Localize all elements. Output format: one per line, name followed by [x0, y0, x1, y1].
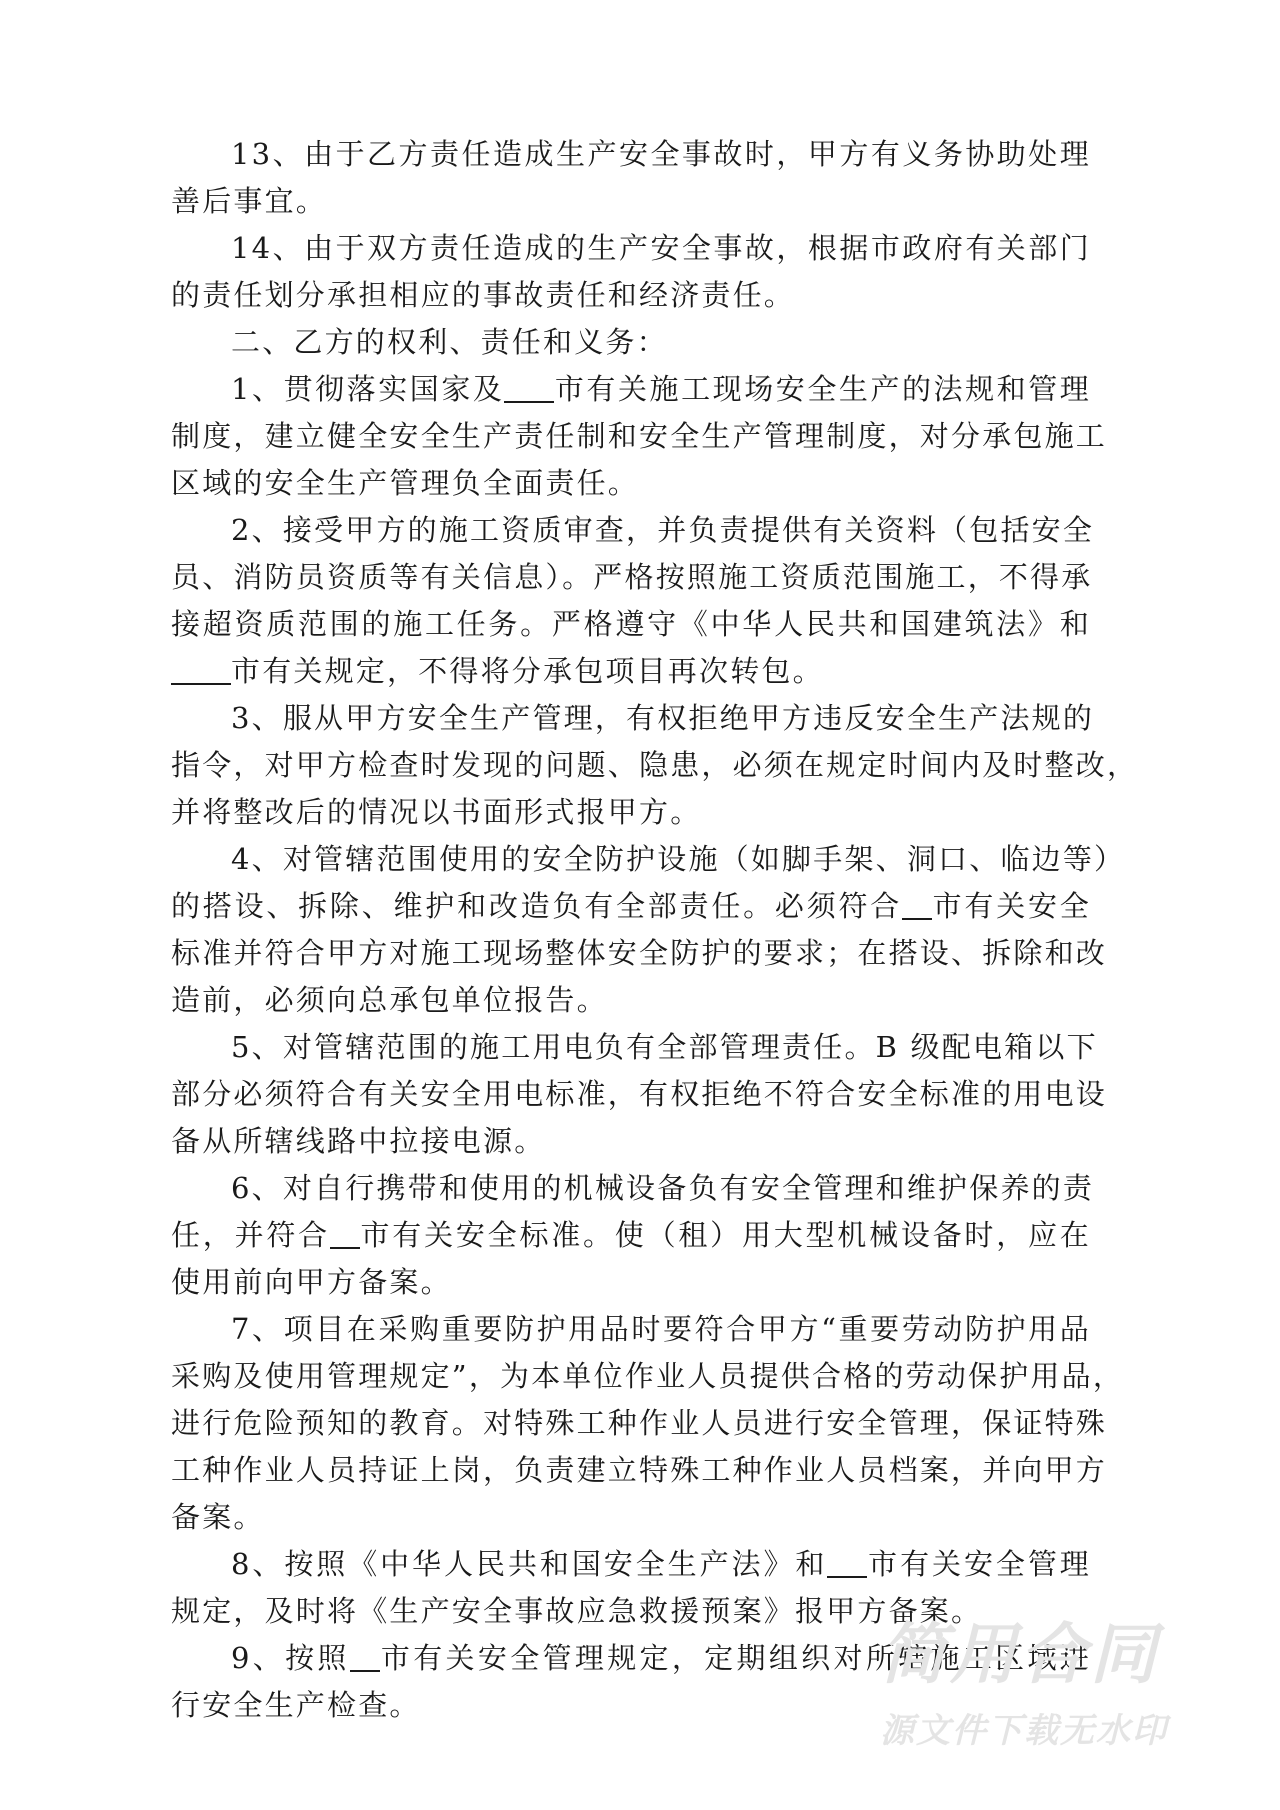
text-line: 指令，对甲方检查时发现的问题、隐患，必须在规定时间内及时整改，: [171, 742, 1091, 789]
line-text: 工种作业人员持证上岗，负责建立特殊工种作业人员档案，并向甲方: [171, 1453, 1107, 1487]
line-text: 行安全生产检查。: [171, 1688, 421, 1722]
line-text-after-blank: 市有关施工现场安全生产的法规和管理: [554, 372, 1091, 406]
text-line: 6、对自行携带和使用的机械设备负有安全管理和维护保养的责: [171, 1165, 1091, 1212]
text-line: 接超资质范围的施工任务。严格遵守《中华人民共和国建筑法》和: [171, 601, 1091, 648]
line-text: 部分必须符合有关安全用电标准，有权拒绝不符合安全标准的用电设: [171, 1077, 1107, 1111]
line-text: 4、对管辖范围使用的安全防护设施（如脚手架、洞口、临边等）: [231, 842, 1125, 876]
text-line: 员、消防员资质等有关信息）。严格按照施工资质范围施工，不得承: [171, 554, 1091, 601]
line-text: 规定，及时将《生产安全事故应急救援预案》报甲方备案。: [171, 1594, 982, 1628]
text-line: 使用前向甲方备案。: [171, 1259, 1091, 1306]
text-line: 4、对管辖范围使用的安全防护设施（如脚手架、洞口、临边等）: [171, 836, 1091, 883]
line-text: 并将整改后的情况以书面形式报甲方。: [171, 795, 701, 829]
line-text: 7、项目在采购重要防护用品时要符合甲方“重要劳动防护用品: [231, 1312, 1091, 1346]
text-line: 市有关规定，不得将分承包项目再次转包。: [171, 648, 1091, 695]
fill-in-blank: [330, 1217, 360, 1249]
text-line: 造前，必须向总承包单位报告。: [171, 977, 1091, 1024]
line-text: 善后事宜。: [171, 184, 327, 218]
text-line: 部分必须符合有关安全用电标准，有权拒绝不符合安全标准的用电设: [171, 1071, 1091, 1118]
line-text-before-blank: 的搭设、拆除、维护和改造负有全部责任。必须符合: [171, 889, 902, 923]
line-text: 制度，建立健全安全生产责任制和安全生产管理制度，对分承包施工: [171, 419, 1107, 453]
text-line: 8、按照《中华人民共和国安全生产法》和市有关安全管理: [171, 1541, 1091, 1588]
line-text: 接超资质范围的施工任务。严格遵守《中华人民共和国建筑法》和: [171, 607, 1091, 641]
text-line: 3、服从甲方安全生产管理，有权拒绝甲方违反安全生产法规的: [171, 695, 1091, 742]
line-text: 的责任划分承担相应的事故责任和经济责任。: [171, 278, 795, 312]
watermark-brand: 简用合同: [880, 1615, 1280, 1695]
watermark: 简用合同 源文件下载无水印: [880, 1615, 1280, 1761]
line-text-after-blank: 市有关安全标准。使（租）用大型机械设备时，应在: [360, 1218, 1091, 1252]
fill-in-blank: [350, 1640, 380, 1672]
line-text-before-blank: 8、按照《中华人民共和国安全生产法》和: [231, 1547, 827, 1581]
text-line: 备从所辖线路中拉接电源。: [171, 1118, 1091, 1165]
text-line: 任，并符合市有关安全标准。使（租）用大型机械设备时，应在: [171, 1212, 1091, 1259]
fill-in-blank: [504, 371, 554, 403]
text-line: 7、项目在采购重要防护用品时要符合甲方“重要劳动防护用品: [171, 1306, 1091, 1353]
line-text: 区域的安全生产管理负全面责任。: [171, 466, 639, 500]
line-text: 5、对管辖范围的施工用电负有全部管理责任。B 级配电箱以下: [231, 1030, 1098, 1064]
line-text-after-blank: 市有关安全管理: [867, 1547, 1091, 1581]
line-text: 造前，必须向总承包单位报告。: [171, 983, 608, 1017]
line-text: 员、消防员资质等有关信息）。严格按照施工资质范围施工，不得承: [171, 560, 1093, 594]
text-line: 14、由于双方责任造成的生产安全事故，根据市政府有关部门: [171, 225, 1091, 272]
line-text: 使用前向甲方备案。: [171, 1265, 452, 1299]
line-text: 进行危险预知的教育。对特殊工种作业人员进行安全管理，保证特殊: [171, 1406, 1107, 1440]
watermark-caption: 源文件下载无水印: [880, 1701, 1280, 1761]
fill-in-blank: [827, 1546, 867, 1578]
line-text: 13、由于乙方责任造成生产安全事故时，甲方有义务协助处理: [231, 137, 1091, 171]
text-line: 的责任划分承担相应的事故责任和经济责任。: [171, 272, 1091, 319]
line-text: 指令，对甲方检查时发现的问题、隐患，必须在规定时间内及时整改，: [171, 748, 1138, 782]
fill-in-blank: [171, 653, 231, 685]
line-text: 采购及使用管理规定”，为本单位作业人员提供合格的劳动保护用品，: [171, 1359, 1124, 1393]
text-line: 5、对管辖范围的施工用电负有全部管理责任。B 级配电箱以下: [171, 1024, 1091, 1071]
text-line: 工种作业人员持证上岗，负责建立特殊工种作业人员档案，并向甲方: [171, 1447, 1091, 1494]
text-line: 采购及使用管理规定”，为本单位作业人员提供合格的劳动保护用品，: [171, 1353, 1091, 1400]
line-text-before-blank: 9、按照: [231, 1641, 350, 1675]
line-text-after-blank: 市有关安全: [932, 889, 1091, 923]
text-line: 并将整改后的情况以书面形式报甲方。: [171, 789, 1091, 836]
text-line: 2、接受甲方的施工资质审查，并负责提供有关资料（包括安全: [171, 507, 1091, 554]
line-text-before-blank: 任，并符合: [171, 1218, 330, 1252]
text-line: 的搭设、拆除、维护和改造负有全部责任。必须符合市有关安全: [171, 883, 1091, 930]
line-text: 6、对自行携带和使用的机械设备负有安全管理和维护保养的责: [231, 1171, 1094, 1205]
line-text: 3、服从甲方安全生产管理，有权拒绝甲方违反安全生产法规的: [231, 701, 1094, 735]
text-line: 制度，建立健全安全生产责任制和安全生产管理制度，对分承包施工: [171, 413, 1091, 460]
text-line: 进行危险预知的教育。对特殊工种作业人员进行安全管理，保证特殊: [171, 1400, 1091, 1447]
text-line: 13、由于乙方责任造成生产安全事故时，甲方有义务协助处理: [171, 131, 1091, 178]
line-text-before-blank: 1、贯彻落实国家及: [231, 372, 504, 406]
text-line: 1、贯彻落实国家及市有关施工现场安全生产的法规和管理: [171, 366, 1091, 413]
line-text: 备案。: [171, 1500, 265, 1534]
line-text: 2、接受甲方的施工资质审查，并负责提供有关资料（包括安全: [231, 513, 1094, 547]
line-text: 14、由于双方责任造成的生产安全事故，根据市政府有关部门: [231, 231, 1091, 265]
fill-in-blank: [902, 888, 932, 920]
document-body: 13、由于乙方责任造成生产安全事故时，甲方有义务协助处理善后事宜。14、由于双方…: [171, 131, 1091, 1729]
line-text: 二、乙方的权利、责任和义务：: [231, 325, 668, 359]
text-line: 区域的安全生产管理负全面责任。: [171, 460, 1091, 507]
line-text-after-blank: 市有关规定，不得将分承包项目再次转包。: [231, 654, 824, 688]
text-line: 备案。: [171, 1494, 1091, 1541]
text-line: 标准并符合甲方对施工现场整体安全防护的要求；在搭设、拆除和改: [171, 930, 1091, 977]
line-text: 备从所辖线路中拉接电源。: [171, 1124, 545, 1158]
document-page: 13、由于乙方责任造成生产安全事故时，甲方有义务协助处理善后事宜。14、由于双方…: [0, 0, 1280, 1810]
line-text: 标准并符合甲方对施工现场整体安全防护的要求；在搭设、拆除和改: [171, 936, 1107, 970]
text-line: 二、乙方的权利、责任和义务：: [171, 319, 1091, 366]
text-line: 善后事宜。: [171, 178, 1091, 225]
